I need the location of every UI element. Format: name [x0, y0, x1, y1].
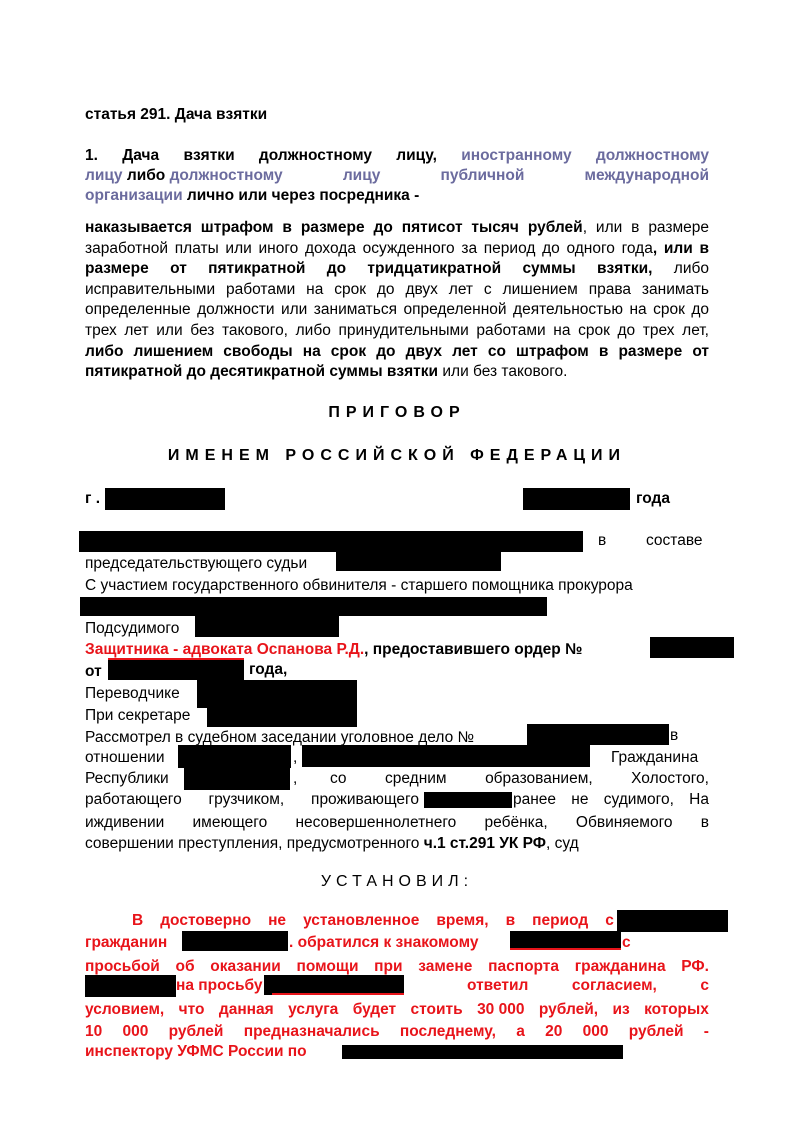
label: Подсудимого	[85, 620, 179, 637]
word: стоить	[411, 999, 463, 1020]
word: а	[516, 1021, 525, 1042]
interpreter-line: Переводчике	[85, 683, 709, 704]
word: будет	[353, 999, 396, 1020]
word: 000	[583, 1021, 609, 1042]
word: РФ.	[681, 956, 709, 977]
court-composition: составе	[646, 532, 703, 550]
word: достоверно	[160, 912, 251, 930]
redacted-case-number	[527, 724, 669, 745]
word: замене	[418, 956, 472, 977]
dependents-line: иждивении имеющего несовершеннолетнего р…	[85, 812, 709, 833]
article-part1-line1: 1. Дача взятки должностному лицу, иностр…	[85, 145, 709, 166]
word: с	[700, 977, 709, 995]
linked-term: иностранному	[461, 145, 571, 166]
word: согласием,	[572, 977, 657, 995]
text: совершении преступления, предусмотренног…	[85, 835, 424, 852]
redacted-city	[105, 488, 225, 510]
word: ответил	[467, 977, 528, 995]
word: установленное	[303, 912, 419, 930]
redacted-defendant	[195, 616, 339, 637]
word: оказании	[210, 956, 281, 977]
label: , предоставившего ордер №	[364, 641, 582, 658]
redacted-person	[264, 975, 404, 995]
with-text: с	[622, 934, 631, 952]
word: Холостого,	[631, 770, 709, 788]
redacted-prosecutor	[80, 597, 547, 616]
redacted-region	[342, 1045, 623, 1059]
redacted-date	[523, 488, 630, 510]
word: имеющего	[193, 812, 268, 833]
redacted-period-start	[617, 910, 728, 932]
word: 30 000	[477, 999, 524, 1020]
article-title: статья 291. Дача взятки	[85, 106, 267, 124]
bold-text: наказывается штрафом в размере до пятисо…	[85, 219, 583, 236]
word: из	[612, 999, 629, 1020]
word: что	[179, 999, 205, 1020]
redacted-defendant-name	[178, 745, 291, 768]
word: 10	[85, 1021, 102, 1042]
linked-term: публичной	[441, 165, 525, 186]
word: данная	[219, 999, 274, 1020]
word: образованием,	[485, 770, 593, 788]
defendant-line: Подсудимого	[85, 618, 709, 639]
linked-term: организации	[85, 187, 183, 204]
word: гражданина	[575, 956, 666, 977]
established-line1: В достоверно не установленное время, в п…	[132, 912, 614, 930]
word: либо	[127, 167, 165, 184]
word: 000	[122, 1021, 148, 1042]
redacted-court-name	[79, 531, 583, 552]
inspector-text: инспектору УФМС России по	[85, 1043, 307, 1061]
redacted-order-date	[108, 660, 244, 680]
regarding-label: отношении	[85, 749, 165, 767]
text: или без такового.	[438, 363, 567, 380]
redacted-interpreter	[197, 680, 357, 708]
date-suffix: года	[636, 490, 670, 508]
established-line4: ответил согласием, с	[467, 977, 709, 995]
established-line6: 10 000 рублей предназначались последнему…	[85, 1021, 709, 1042]
charge-article: ч.1 ст.291 УК РФ	[424, 835, 546, 852]
prosecutor-line: С участием государственного обвинителя -…	[85, 575, 709, 596]
republic-label: Республики	[85, 770, 169, 788]
education-line: со средним образованием, Холостого,	[330, 770, 709, 788]
word: с	[605, 912, 614, 930]
citizen-label: гражданин	[85, 934, 167, 952]
word: не	[571, 791, 588, 809]
word: последнему,	[400, 1021, 496, 1042]
request-text: на просьбу :	[176, 977, 272, 995]
word: взятки	[183, 145, 234, 166]
redacted-birth-info	[302, 745, 590, 767]
verdict-subheading: ИМЕНЕМ РОССИЙСКОЙ ФЕДЕРАЦИИ	[85, 447, 709, 465]
word: паспорта	[488, 956, 559, 977]
redacted-acquaintance	[510, 931, 621, 949]
word: На	[689, 791, 709, 809]
word: предназначались	[244, 1021, 380, 1042]
secretary-line: При секретаре	[85, 705, 709, 726]
word: просьбой	[85, 956, 160, 977]
word: грузчиком,	[209, 791, 285, 809]
word: лично или через посредника -	[187, 187, 419, 204]
text: , суд	[546, 835, 579, 852]
word: ребёнка,	[485, 812, 548, 833]
word: не	[268, 912, 286, 930]
word: рублей	[169, 1021, 224, 1042]
verdict-heading: ПРИГОВОР	[85, 404, 709, 422]
redacted-citizen-name	[182, 931, 288, 951]
citizen-label: Гражданина	[611, 749, 698, 767]
article-part1-line2: лицу либо должностному лицу публичной ме…	[85, 165, 709, 186]
comma: ,	[293, 749, 297, 767]
word: период	[532, 912, 588, 930]
word: Дача	[122, 145, 159, 166]
redacted-address	[424, 792, 512, 808]
redacted-secretary	[207, 705, 357, 727]
red-underline	[510, 948, 621, 950]
defender-name: Защитника - адвоката Оспанова Р.Д.	[85, 641, 364, 658]
record-line: ранее не судимого, На	[513, 791, 709, 809]
word: средним	[385, 770, 447, 788]
word: 20	[545, 1021, 562, 1042]
linked-term: международной	[585, 165, 709, 186]
word: время,	[436, 912, 488, 930]
part-number: 1.	[85, 145, 98, 166]
word: несовершеннолетнего	[295, 812, 456, 833]
comma: ,	[293, 770, 297, 788]
redacted-country	[184, 767, 290, 790]
word: об	[176, 956, 195, 977]
label: Рассмотрел в судебном заседании уголовно…	[85, 729, 474, 746]
word: Обвиняемого	[576, 812, 673, 833]
word: иждивении	[85, 812, 164, 833]
linked-term: лицу	[343, 165, 381, 186]
word: работающего	[85, 791, 182, 809]
label: Переводчике	[85, 685, 180, 702]
word: условием,	[85, 999, 164, 1020]
word: услуга	[288, 999, 338, 1020]
established-line3: просьбой об оказании помощи при замене п…	[85, 956, 709, 977]
label: от	[85, 663, 102, 680]
label: председательствующего судьи	[85, 555, 307, 572]
linked-term: должностному	[596, 145, 709, 166]
label: При секретаре	[85, 707, 190, 724]
word: помощи	[297, 956, 359, 977]
linked-term: лицу	[85, 167, 123, 184]
word: в	[506, 912, 516, 930]
word: рублей	[629, 1021, 684, 1042]
bold-text: либо лишением свободы на срок до двух ле…	[85, 343, 709, 381]
penalty-paragraph: наказывается штрафом в размере до пятисо…	[85, 218, 709, 383]
word: при	[374, 956, 402, 977]
word: судимого,	[604, 791, 674, 809]
word: лицу,	[396, 145, 437, 166]
word: -	[704, 1021, 709, 1042]
word: которых	[644, 999, 709, 1020]
charge-line: совершении преступления, предусмотренног…	[85, 833, 709, 854]
red-underline	[272, 993, 404, 995]
action-text: . обратился к знакомому	[289, 934, 478, 952]
word: В	[132, 912, 143, 930]
redacted-acquaintance-name	[85, 975, 176, 997]
redacted-order-number	[650, 637, 734, 658]
word: в	[701, 812, 709, 833]
established-line5: условием, что данная услуга будет стоить…	[85, 999, 709, 1020]
word: должностному	[259, 145, 372, 166]
work-line: работающего грузчиком, проживающего	[85, 791, 419, 809]
order-year: года,	[249, 661, 287, 679]
city-label: г .	[85, 490, 100, 508]
established-heading: УСТАНОВИЛ:	[85, 873, 709, 891]
word: со	[330, 770, 347, 788]
word: проживающего	[311, 791, 419, 809]
article-part1-line3: организации лично или через посредника -	[85, 185, 709, 206]
redacted-judge	[336, 551, 501, 571]
court-in: в	[598, 532, 606, 550]
word: рублей,	[539, 999, 598, 1020]
linked-term: должностному	[170, 167, 283, 184]
defender-line: Защитника - адвоката Оспанова Р.Д., пред…	[85, 639, 709, 660]
case-in: в	[670, 727, 678, 745]
word: ранее	[513, 791, 556, 809]
